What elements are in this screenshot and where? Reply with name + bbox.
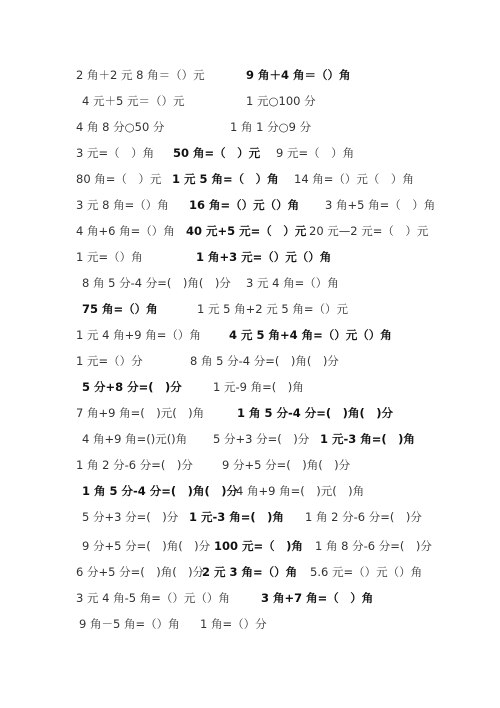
math-problem: 4 角+9 角=()元()角 [82, 429, 187, 449]
math-problem: 1 元-3 角=( )角 [320, 429, 415, 449]
math-problem: 9 元=（ ）角 [276, 143, 354, 163]
math-problem: 2 元 3 角=（）角 [202, 562, 297, 582]
math-problem: 80 角=（ ）元 [76, 169, 161, 189]
math-problem: 2 角＋2 元 8 角＝（）元 [76, 65, 205, 85]
problem-row: 1 角 2 分-6 分=( )分9 分+5 分=( )角( )分 [0, 455, 500, 475]
math-problem: 4 元 5 角+4 角=（）元（）角 [229, 325, 392, 345]
math-problem: 8 角 5 分-4 分=( )角( )分 [190, 351, 339, 371]
problem-row: 75 角=（）角1 元 5 角+2 元 5 角=（）元 [0, 299, 500, 319]
math-problem: 75 角=（）角 [82, 299, 158, 319]
math-problem: 14 角=（）元（ ）角 [294, 169, 414, 189]
math-problem: 3 元=（ ）角 [76, 143, 154, 163]
problem-row: 7 角+9 角=( )元( )角1 角 5 分-4 分=( )角( )分 [0, 403, 500, 423]
problem-row: 1 元=（）分8 角 5 分-4 分=( )角( )分 [0, 351, 500, 371]
math-problem: 3 元 4 角-5 角=（）元（）角 [76, 588, 230, 608]
math-problem: 3 元 4 角=（）角 [246, 273, 339, 293]
problem-row: 4 角 8 分○50 分1 角 1 分○9 分 [0, 117, 500, 137]
math-problem: 5 分+3 分=( )分 [82, 507, 178, 527]
math-problem: 9 角－5 角=（）角 [79, 614, 180, 634]
problem-row: 2 角＋2 元 8 角＝（）元9 角＋4 角＝（）角 [0, 65, 500, 85]
math-problem: 1 角 8 分-6 分=( )分 [315, 536, 432, 556]
math-problem: 4 角+6 角=（）角 [76, 221, 175, 241]
math-problem: 1 元○100 分 [246, 91, 316, 111]
math-problem: 20 元—2 元=（ ）元 [309, 221, 428, 241]
math-problem: 1 角 5 分-4 分=( )角( )分 [237, 403, 393, 423]
math-problem: 4 角 8 分○50 分 [76, 117, 164, 137]
math-problem: 4 元＋5 元＝（）元 [82, 91, 184, 111]
problem-row: 1 角 5 分-4 分=( )角( )分4 角+9 角=( )元( )角 [0, 481, 500, 501]
math-problem: 1 角+3 元=（）元（）角 [196, 247, 331, 267]
problem-row: 5 分+3 分=( )分1 元-3 角=( )角1 角 2 分-6 分=( )分 [0, 507, 500, 527]
math-problem: 1 元=（）分 [76, 351, 143, 371]
math-problem: 9 角＋4 角＝（）角 [246, 65, 351, 85]
math-problem: 4 角+9 角=( )元( )角 [236, 481, 364, 501]
math-problem: 1 元 5 角+2 元 5 角=（）元 [197, 299, 348, 319]
problem-row: 5 分+8 分=( )分1 元-9 角=( )角 [0, 377, 500, 397]
math-problem: 3 角+5 角=（ ）角 [325, 195, 435, 215]
math-problem: 1 角 2 分-6 分=( )分 [305, 507, 422, 527]
problem-row: 4 角+6 角=（）角40 元+5 元=（ ）元20 元—2 元=（ ）元 [0, 221, 500, 241]
math-problem: 1 元-9 角=( )角 [213, 377, 304, 397]
math-problem: 6 分+5 分=( )角( )分 [76, 562, 204, 582]
problem-row: 4 元＋5 元＝（）元1 元○100 分 [0, 91, 500, 111]
math-problem: 1 元=（）角 [76, 247, 143, 267]
problem-row: 8 角 5 分-4 分=( )角( )分3 元 4 角=（）角 [0, 273, 500, 293]
math-problem: 50 角=（ ）元 [173, 143, 260, 163]
problem-row: 80 角=（ ）元1 元 5 角=（ ）角14 角=（）元（ ）角 [0, 169, 500, 189]
math-problem: 1 元-3 角=( )角 [189, 507, 284, 527]
math-problem: 1 角=（）分 [200, 614, 267, 634]
math-problem: 1 角 5 分-4 分=( )角( )分 [82, 481, 238, 501]
math-problem: 1 元 5 角=（ ）角 [172, 169, 279, 189]
math-problem: 1 角 1 分○9 分 [230, 117, 311, 137]
math-problem: 3 元 8 角=（）角 [76, 195, 169, 215]
problem-row: 3 元 8 角=（）角16 角=（）元（）角3 角+5 角=（ ）角 [0, 195, 500, 215]
problem-row: 9 角－5 角=（）角1 角=（）分 [0, 614, 500, 634]
problem-row: 3 元=（ ）角50 角=（ ）元9 元=（ ）角 [0, 143, 500, 163]
math-problem: 5 分+3 分=( )分 [213, 429, 309, 449]
problem-row: 1 元 4 角+9 角=（）角4 元 5 角+4 角=（）元（）角 [0, 325, 500, 345]
math-problem: 8 角 5 分-4 分=( )角( )分 [82, 273, 231, 293]
problem-row: 3 元 4 角-5 角=（）元（）角3 角+7 角=（ ）角 [0, 588, 500, 608]
math-problem: 1 角 2 分-6 分=( )分 [76, 455, 193, 475]
problem-row: 4 角+9 角=()元()角5 分+3 分=( )分1 元-3 角=( )角 [0, 429, 500, 449]
math-problem: 100 元=（ )角 [214, 536, 303, 556]
problem-row: 1 元=（）角1 角+3 元=（）元（）角 [0, 247, 500, 267]
math-problem: 5.6 元=（）元（）角 [310, 562, 422, 582]
math-problem: 16 角=（）元（）角 [189, 195, 299, 215]
math-problem: 5 分+8 分=( )分 [82, 377, 182, 397]
problem-row: 6 分+5 分=( )角( )分2 元 3 角=（）角5.6 元=（）元（）角 [0, 562, 500, 582]
math-problem: 40 元+5 元=（ ）元 [186, 221, 306, 241]
math-problem: 9 分+5 分=( )角( )分 [82, 536, 210, 556]
math-problem: 9 分+5 分=( )角( )分 [222, 455, 350, 475]
problem-row: 9 分+5 分=( )角( )分100 元=（ )角1 角 8 分-6 分=( … [0, 536, 500, 556]
math-problem: 3 角+7 角=（ ）角 [261, 588, 373, 608]
math-problem: 1 元 4 角+9 角=（）角 [76, 325, 201, 345]
math-problem: 7 角+9 角=( )元( )角 [76, 403, 204, 423]
